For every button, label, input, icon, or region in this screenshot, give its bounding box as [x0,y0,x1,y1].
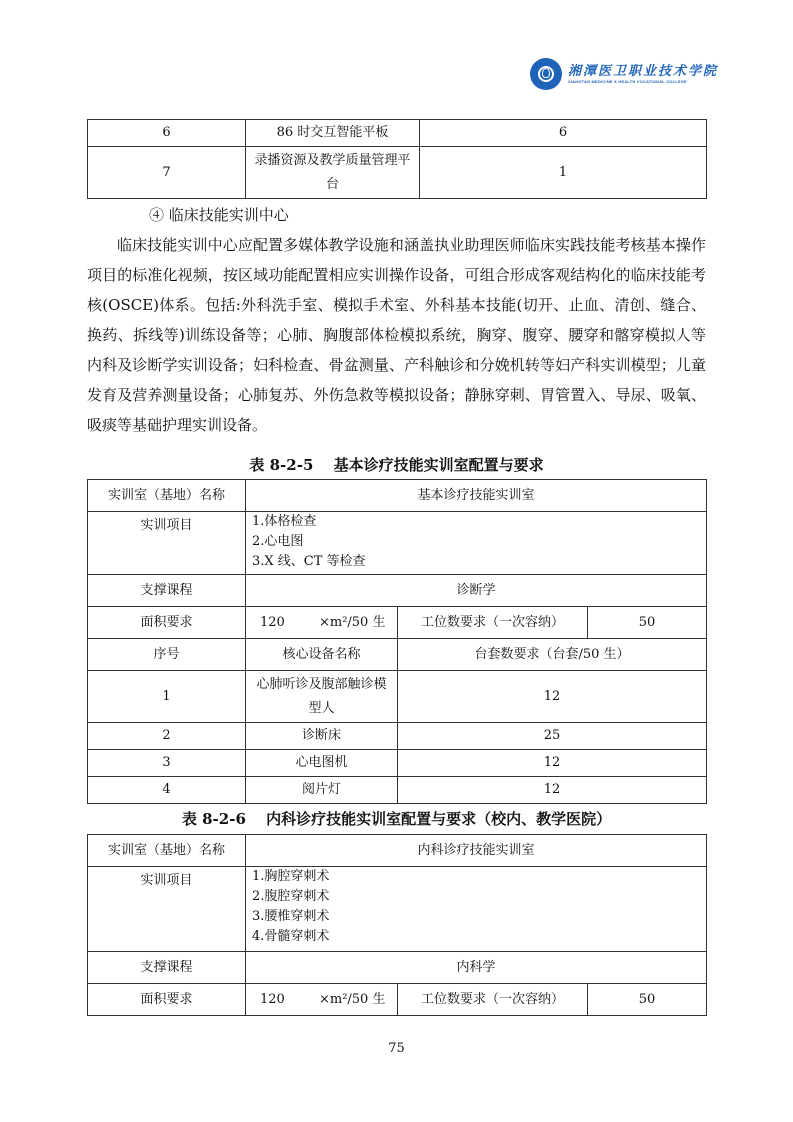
course-value: 内科学 [246,952,707,984]
logo-chinese-name: 湘潭医卫职业技术学院 [568,64,718,79]
college-emblem-icon [530,58,562,90]
training-items-row: 实训项目 1.体格检查 2.心电图 3.X 线、CT 等检查 [88,512,707,575]
table-row: 4 阅片灯 12 [88,777,707,804]
training-items-label: 实训项目 [88,512,246,575]
equipment-name: 录播资源及教学质量管理平台 [246,147,420,199]
equipment-header-row: 序号 核心设备名称 台套数要求（台套/50 生） [88,639,707,671]
table-8-2-5: 实训室（基地）名称 基本诊疗技能实训室 实训项目 1.体格检查 2.心电图 3.… [87,479,707,804]
seats-label: 工位数要求（一次容纳） [398,607,588,639]
area-number: 120 [260,992,285,1007]
area-number: 120 [260,615,285,630]
row-number: 6 [88,120,246,147]
area-unit: ×m²/50 生 [319,992,386,1007]
course-row: 支撑课程 内科学 [88,952,707,984]
equipment-qty: 12 [398,671,707,723]
area-label: 面积要求 [88,607,246,639]
area-value: 120 ×m²/50 生 [246,607,398,639]
room-name-row: 实训室（基地）名称 基本诊疗技能实训室 [88,480,707,512]
training-items-row: 实训项目 1.胸腔穿刺术 2.腹腔穿刺术 3.腰椎穿刺术 4.骨髓穿刺术 [88,867,707,952]
table-caption-8-2-5: 表 8-2-5 基本诊疗技能实训室配置与要求 [87,454,706,475]
row-number: 3 [88,750,246,777]
room-name-value: 基本诊疗技能实训室 [246,480,707,512]
course-row: 支撑课程 诊断学 [88,575,707,607]
section-heading: ④ 临床技能实训中心 [87,200,706,230]
room-name-label: 实训室（基地）名称 [88,480,246,512]
training-item: 4.骨髓穿刺术 [252,927,706,947]
room-name-row: 实训室（基地）名称 内科诊疗技能实训室 [88,835,707,867]
area-value: 120 ×m²/50 生 [246,984,398,1016]
training-items-label: 实训项目 [88,867,246,952]
equipment-name: 诊断床 [246,723,398,750]
row-number: 7 [88,147,246,199]
header-no: 序号 [88,639,246,671]
seats-value: 50 [588,984,707,1016]
table-caption-8-2-6: 表 8-2-6 内科诊疗技能实训室配置与要求（校内、教学医院） [87,808,706,829]
training-item: 2.心电图 [252,532,706,552]
equipment-qty: 12 [398,777,707,804]
training-items-list: 1.体格检查 2.心电图 3.X 线、CT 等检查 [246,512,707,575]
equipment-qty: 6 [420,120,707,147]
area-label: 面积要求 [88,984,246,1016]
header-equipment-name: 核心设备名称 [246,639,398,671]
course-label: 支撑课程 [88,952,246,984]
equipment-name: 心肺听诊及腹部触诊模型人 [246,671,398,723]
table-row: 3 心电图机 12 [88,750,707,777]
seats-value: 50 [588,607,707,639]
area-row: 面积要求 120 ×m²/50 生 工位数要求（一次容纳） 50 [88,984,707,1016]
equipment-qty: 25 [398,723,707,750]
training-item: 2.腹腔穿刺术 [252,887,706,907]
training-item: 3.X 线、CT 等检查 [252,552,706,572]
logo-english-name: XIANGTAN MEDICINE & HEALTH VOCATIONAL CO… [568,79,718,85]
training-item: 1.体格检查 [252,512,706,532]
equipment-qty: 12 [398,750,707,777]
college-logo: 湘潭医卫职业技术学院 XIANGTAN MEDICINE & HEALTH VO… [530,58,718,90]
area-unit: ×m²/50 生 [319,615,386,630]
row-number: 1 [88,671,246,723]
page-number: 75 [0,1041,793,1056]
course-value: 诊断学 [246,575,707,607]
room-name-value: 内科诊疗技能实训室 [246,835,707,867]
course-label: 支撑课程 [88,575,246,607]
training-items-list: 1.胸腔穿刺术 2.腹腔穿刺术 3.腰椎穿刺术 4.骨髓穿刺术 [246,867,707,952]
equipment-qty: 1 [420,147,707,199]
equipment-name: 86 时交互智能平板 [246,120,420,147]
training-item: 1.胸腔穿刺术 [252,867,706,887]
room-name-label: 实训室（基地）名称 [88,835,246,867]
seats-label: 工位数要求（一次容纳） [398,984,588,1016]
equipment-table-continued: 6 86 时交互智能平板 6 7 录播资源及教学质量管理平台 1 [87,119,707,199]
row-number: 2 [88,723,246,750]
training-item: 3.腰椎穿刺术 [252,907,706,927]
header-qty: 台套数要求（台套/50 生） [398,639,707,671]
table-row: 2 诊断床 25 [88,723,707,750]
equipment-name: 阅片灯 [246,777,398,804]
table-row: 6 86 时交互智能平板 6 [88,120,707,147]
table-row: 1 心肺听诊及腹部触诊模型人 12 [88,671,707,723]
row-number: 4 [88,777,246,804]
area-row: 面积要求 120 ×m²/50 生 工位数要求（一次容纳） 50 [88,607,707,639]
equipment-name: 心电图机 [246,750,398,777]
table-8-2-6: 实训室（基地）名称 内科诊疗技能实训室 实训项目 1.胸腔穿刺术 2.腹腔穿刺术… [87,834,707,1016]
table-row: 7 录播资源及教学质量管理平台 1 [88,147,707,199]
section-paragraph: 临床技能实训中心应配置多媒体教学设施和涵盖执业助理医师临床实践技能考核基本操作项… [87,230,706,440]
